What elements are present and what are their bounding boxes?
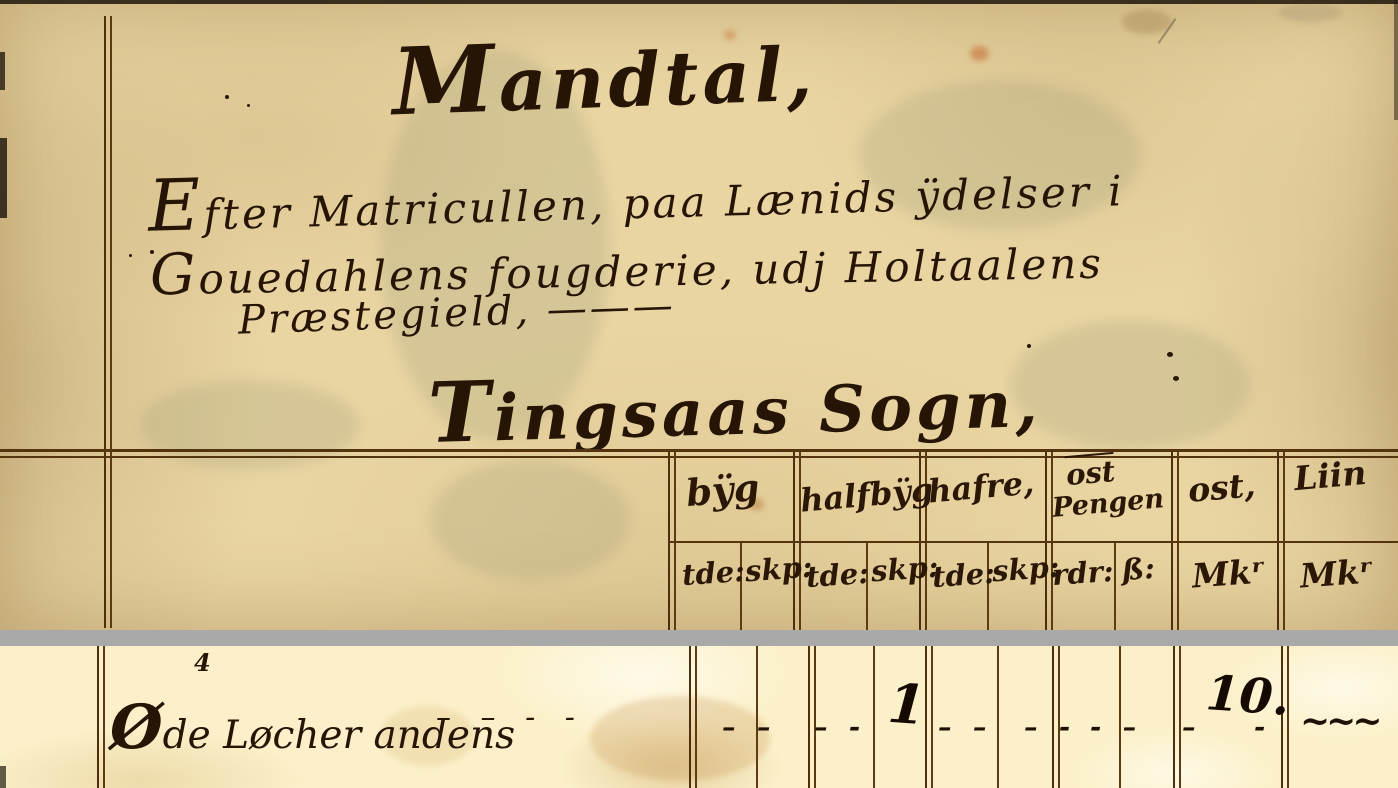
column-rule-lower — [689, 646, 697, 788]
entry-value-10: 10. — [1204, 665, 1291, 727]
entry-value-1: 1 — [886, 671, 928, 737]
manuscript-page: Mandtal, Efter Matricullen, paa Lænids ÿ… — [0, 0, 1398, 788]
unit-byg-skp: skp: — [744, 550, 814, 589]
unit-liin-mkr: Mkʳ — [1299, 551, 1375, 595]
header-underline — [668, 541, 1398, 543]
unit-byg-tde: tde: — [681, 554, 746, 592]
scan-edge-mark — [0, 52, 5, 90]
section-title: Tingsaas Sogn, — [427, 348, 1043, 462]
column-rule-lower — [925, 646, 933, 788]
entry-cell-hafre-tde: – – — [938, 712, 992, 743]
column-rule-lower — [1173, 646, 1181, 788]
unit-hafre-tde: tde: — [931, 556, 996, 594]
ink-speck — [1167, 352, 1173, 357]
column-header-liin: Liin — [1292, 453, 1367, 498]
entry-cell-ostpengen-skilling: – — [1182, 712, 1202, 743]
document-title: Mandtal, — [390, 13, 817, 137]
bleedthrough-smudge — [430, 460, 630, 580]
entry-row-label-dashes: – – ‐ ‐ — [436, 700, 585, 735]
entry-cell-liin-wavy-dash: ~~~ — [1300, 700, 1379, 742]
scan-edge-top — [0, 0, 1398, 4]
margin-rule-lower — [97, 646, 105, 788]
column-header-ost: ost, — [1186, 465, 1256, 510]
entry-cell-after-10: ‐ — [1254, 712, 1271, 743]
column-header-hafre: hafre, — [927, 463, 1036, 510]
entry-cell-halfbyg-tde: – ‐ — [814, 712, 866, 743]
unit-hafre-skp: skp: — [991, 550, 1061, 589]
subcolumn-rule-lower — [873, 646, 875, 788]
table-top-rule — [0, 449, 1398, 452]
entry-cell-hafre-skp: – ‐ — [1024, 712, 1076, 743]
entry-cell-ostpengen-rdr: ‐ – — [1090, 712, 1142, 743]
stain — [1122, 10, 1172, 34]
unit-halfbyg-tde: tde: — [805, 556, 870, 594]
scan-divider-band — [0, 630, 1398, 646]
ink-speck — [247, 104, 250, 107]
ink-speck — [129, 254, 132, 257]
ink-speck — [1173, 376, 1179, 381]
subcolumn-rule-lower — [997, 646, 999, 788]
scan-edge-mark — [0, 138, 7, 218]
unit-halfbyg-skp: skp: — [870, 550, 940, 589]
entry-cell-byg: – – — [722, 712, 776, 743]
unit-ost-mkr: Mkʳ — [1191, 551, 1267, 595]
scan-edge-right — [1394, 0, 1398, 120]
stain — [1278, 4, 1342, 22]
unit-ostpengen-skilling: ß: — [1121, 551, 1156, 587]
column-header-ostpengen-line1: ost — [1065, 454, 1117, 492]
column-header-halfbyg: halfbÿg — [799, 470, 935, 519]
stain — [970, 46, 989, 61]
marginal-mark: 4 — [194, 648, 211, 677]
scan-edge-mark — [0, 766, 6, 788]
bleedthrough-smudge — [1010, 320, 1250, 450]
unit-ostpengen-rdr: rdr: — [1051, 554, 1115, 592]
ink-speck — [225, 95, 229, 99]
column-header-ostpengen-word1: ost — [1065, 454, 1117, 492]
column-header-byg: bÿg — [684, 465, 761, 515]
margin-rule — [104, 16, 112, 628]
upper-scan-segment: Mandtal, Efter Matricullen, paa Lænids ÿ… — [0, 0, 1398, 630]
table-top-rule — [0, 456, 1398, 458]
